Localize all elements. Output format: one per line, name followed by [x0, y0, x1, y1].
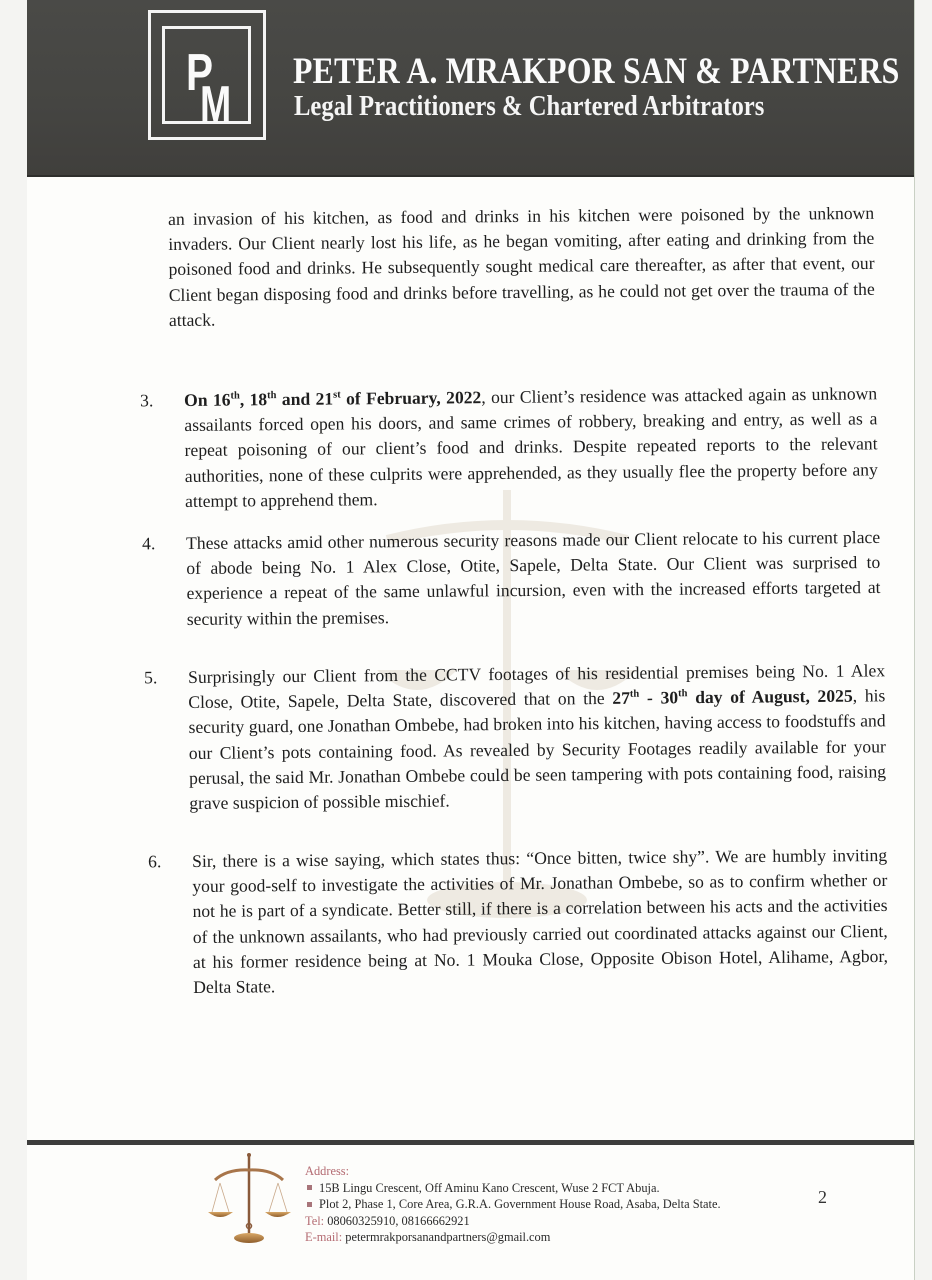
address-asaba: Plot 2, Phase 1, Core Area, G.R.A. Gover…	[305, 1196, 721, 1213]
paragraph-continuation: an invasion of his kitchen, as food and …	[168, 201, 875, 333]
bullet-icon	[307, 1185, 312, 1190]
paragraph-6: 6. Sir, there is a wise saying, which st…	[192, 843, 888, 1000]
firm-tagline: Legal Practitioners & Chartered Arbitrat…	[294, 91, 764, 123]
email-address[interactable]: petermrakporsanandpartners@gmail.com	[345, 1230, 550, 1244]
paragraph-number: 6.	[148, 849, 161, 874]
address-label: Address:	[305, 1163, 721, 1180]
logo-letter-m: M	[200, 79, 231, 131]
firm-logo: P M	[148, 10, 266, 140]
paragraph-text: These attacks amid other numerous securi…	[186, 527, 881, 629]
document-page: P M PETER A. MRAKPOR SAN & PARTNERS Lega…	[27, 0, 915, 1280]
paragraph-5: 5. Surprisingly our Client from the CCTV…	[188, 658, 886, 816]
firm-name: PETER A. MRAKPOR SAN & PARTNERS	[293, 50, 899, 93]
footer-divider	[27, 1140, 914, 1145]
email-line: E-mail: petermrakporsanandpartners@gmail…	[305, 1229, 721, 1246]
bullet-icon	[307, 1202, 312, 1207]
paragraph-number: 3.	[140, 388, 153, 413]
paragraph-4: 4. These attacks amid other numerous sec…	[186, 525, 881, 632]
logo-frame: P M	[162, 26, 251, 124]
scales-of-justice-icon	[207, 1152, 293, 1246]
paragraph-3: 3. On 16th, 18th and 21st of February, 2…	[184, 381, 878, 514]
date-highlight: On 16th, 18th and 21st of February, 2022	[184, 387, 481, 410]
address-abuja: 15B Lingu Crescent, Off Aminu Kano Cresc…	[305, 1180, 721, 1197]
telephone-line: Tel: 08060325910, 08166662921	[305, 1213, 721, 1230]
letterhead: P M PETER A. MRAKPOR SAN & PARTNERS Lega…	[27, 0, 914, 177]
telephone-numbers: 08060325910, 08166662921	[327, 1214, 470, 1228]
page-number: 2	[818, 1187, 827, 1208]
paragraph-number: 5.	[144, 665, 157, 690]
date-highlight: 27th - 30th day of August, 2025	[612, 686, 853, 708]
contact-info: Address: 15B Lingu Crescent, Off Aminu K…	[305, 1163, 721, 1246]
paragraph-text: Sir, there is a wise saying, which state…	[192, 845, 888, 997]
paragraph-number: 4.	[142, 531, 155, 556]
